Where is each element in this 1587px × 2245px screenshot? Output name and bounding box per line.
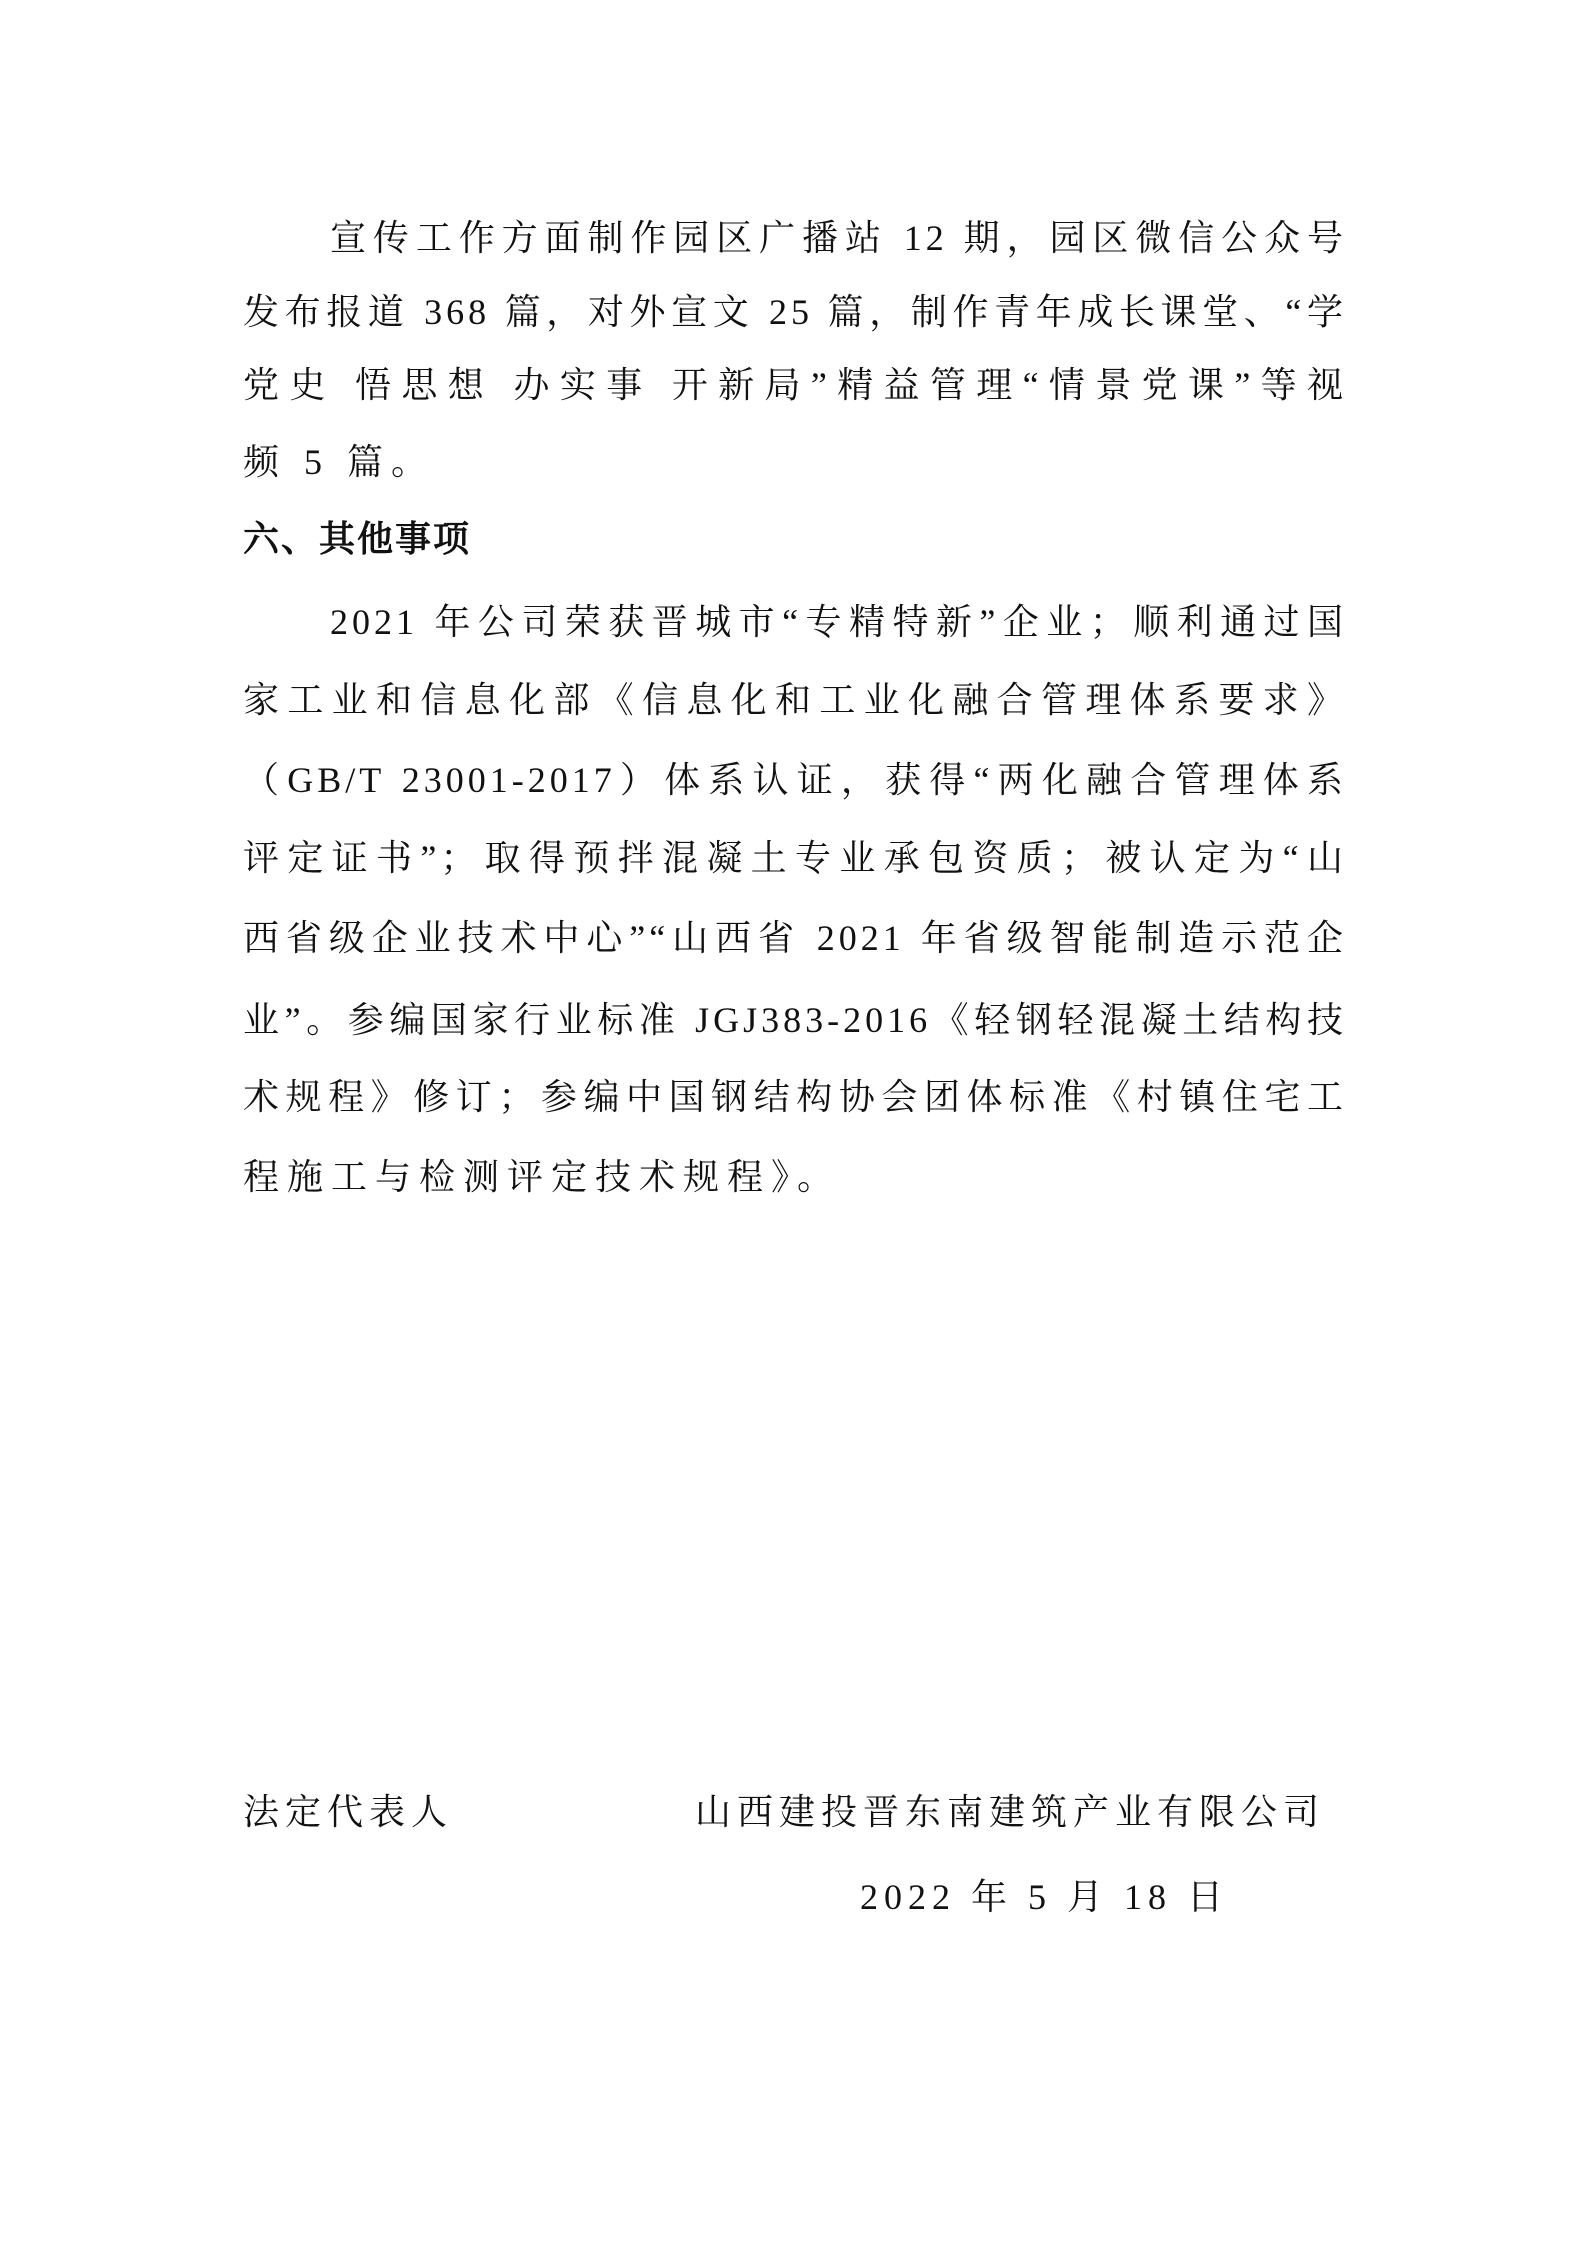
company-name: 山西建投晋东南建筑产业有限公司	[695, 1787, 1325, 1837]
paragraph-line: 家工业和信息化部《信息化和工业化融合管理体系要求》	[243, 675, 1347, 725]
legal-representative-label: 法定代表人	[243, 1787, 453, 1837]
signature-date: 2022 年 5 月 18 日	[860, 1872, 1229, 1922]
document-page: 宣传工作方面制作园区广播站 12 期，园区微信公众号 发布报道 368 篇，对外…	[0, 0, 1587, 2245]
paragraph-line: 业”。参编国家行业标准 JGJ383-2016《轻钢轻混凝土结构技	[243, 995, 1347, 1045]
paragraph-line: 频 5 篇。	[243, 437, 1347, 487]
paragraph-line: 宣传工作方面制作园区广播站 12 期，园区微信公众号	[330, 213, 1347, 263]
paragraph-line: 2021 年公司荣获晋城市“专精特新”企业；顺利通过国	[330, 597, 1347, 647]
paragraph-line: 西省级企业技术中心”“山西省 2021 年省级智能制造示范企	[243, 913, 1347, 963]
paragraph-line: 党史 悟思想 办实事 开新局”精益管理“情景党课”等视	[243, 360, 1347, 410]
paragraph-line: 术规程》修订；参编中国钢结构协会团体标准《村镇住宅工	[243, 1072, 1347, 1122]
section-heading: 六、其他事项	[243, 515, 471, 565]
paragraph-line: 评定证书”；取得预拌混凝土专业承包资质；被认定为“山	[243, 833, 1347, 883]
paragraph-line: 发布报道 368 篇，对外宣文 25 篇，制作青年成长课堂、“学	[243, 287, 1347, 337]
paragraph-line: 程施工与检测评定技术规程》。	[243, 1152, 1347, 1202]
paragraph-line: （GB/T 23001-2017）体系认证，获得“两化融合管理体系	[243, 755, 1347, 805]
